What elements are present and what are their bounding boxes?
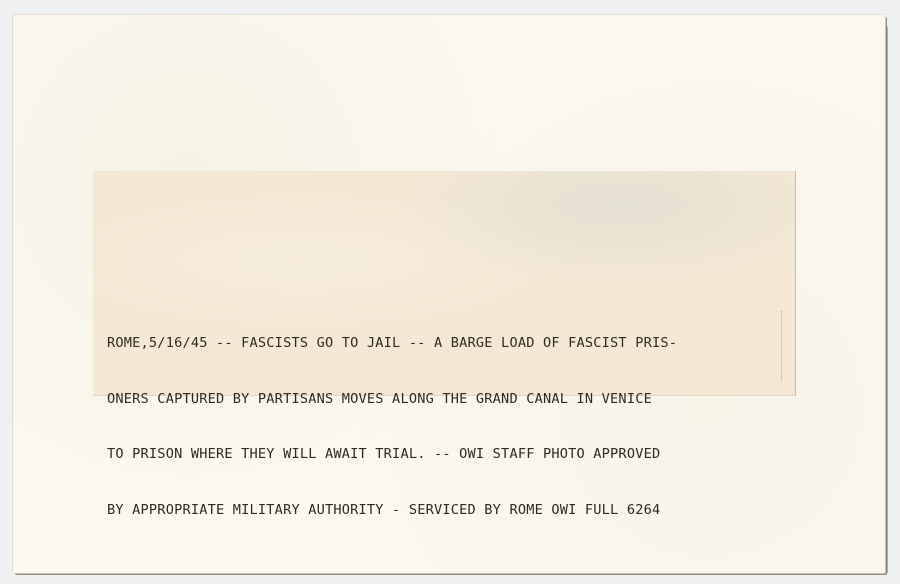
caption-line-4: BY APPROPRIATE MILITARY AUTHORITY - SERV… bbox=[107, 501, 787, 520]
photo-back-card: ROME,5/16/45 -- FASCISTS GO TO JAIL -- A… bbox=[13, 15, 885, 573]
caption-text: ROME,5/16/45 -- FASCISTS GO TO JAIL -- A… bbox=[107, 297, 787, 556]
scan-background: ROME,5/16/45 -- FASCISTS GO TO JAIL -- A… bbox=[0, 0, 900, 584]
caption-line-2: ONERS CAPTURED BY PARTISANS MOVES ALONG … bbox=[107, 390, 787, 409]
card-edge-shadow bbox=[886, 27, 888, 573]
caption-line-3: TO PRISON WHERE THEY WILL AWAIT TRIAL. -… bbox=[107, 445, 787, 464]
caption-line-1: ROME,5/16/45 -- FASCISTS GO TO JAIL -- A… bbox=[107, 334, 787, 353]
caption-label: ROME,5/16/45 -- FASCISTS GO TO JAIL -- A… bbox=[93, 171, 796, 396]
